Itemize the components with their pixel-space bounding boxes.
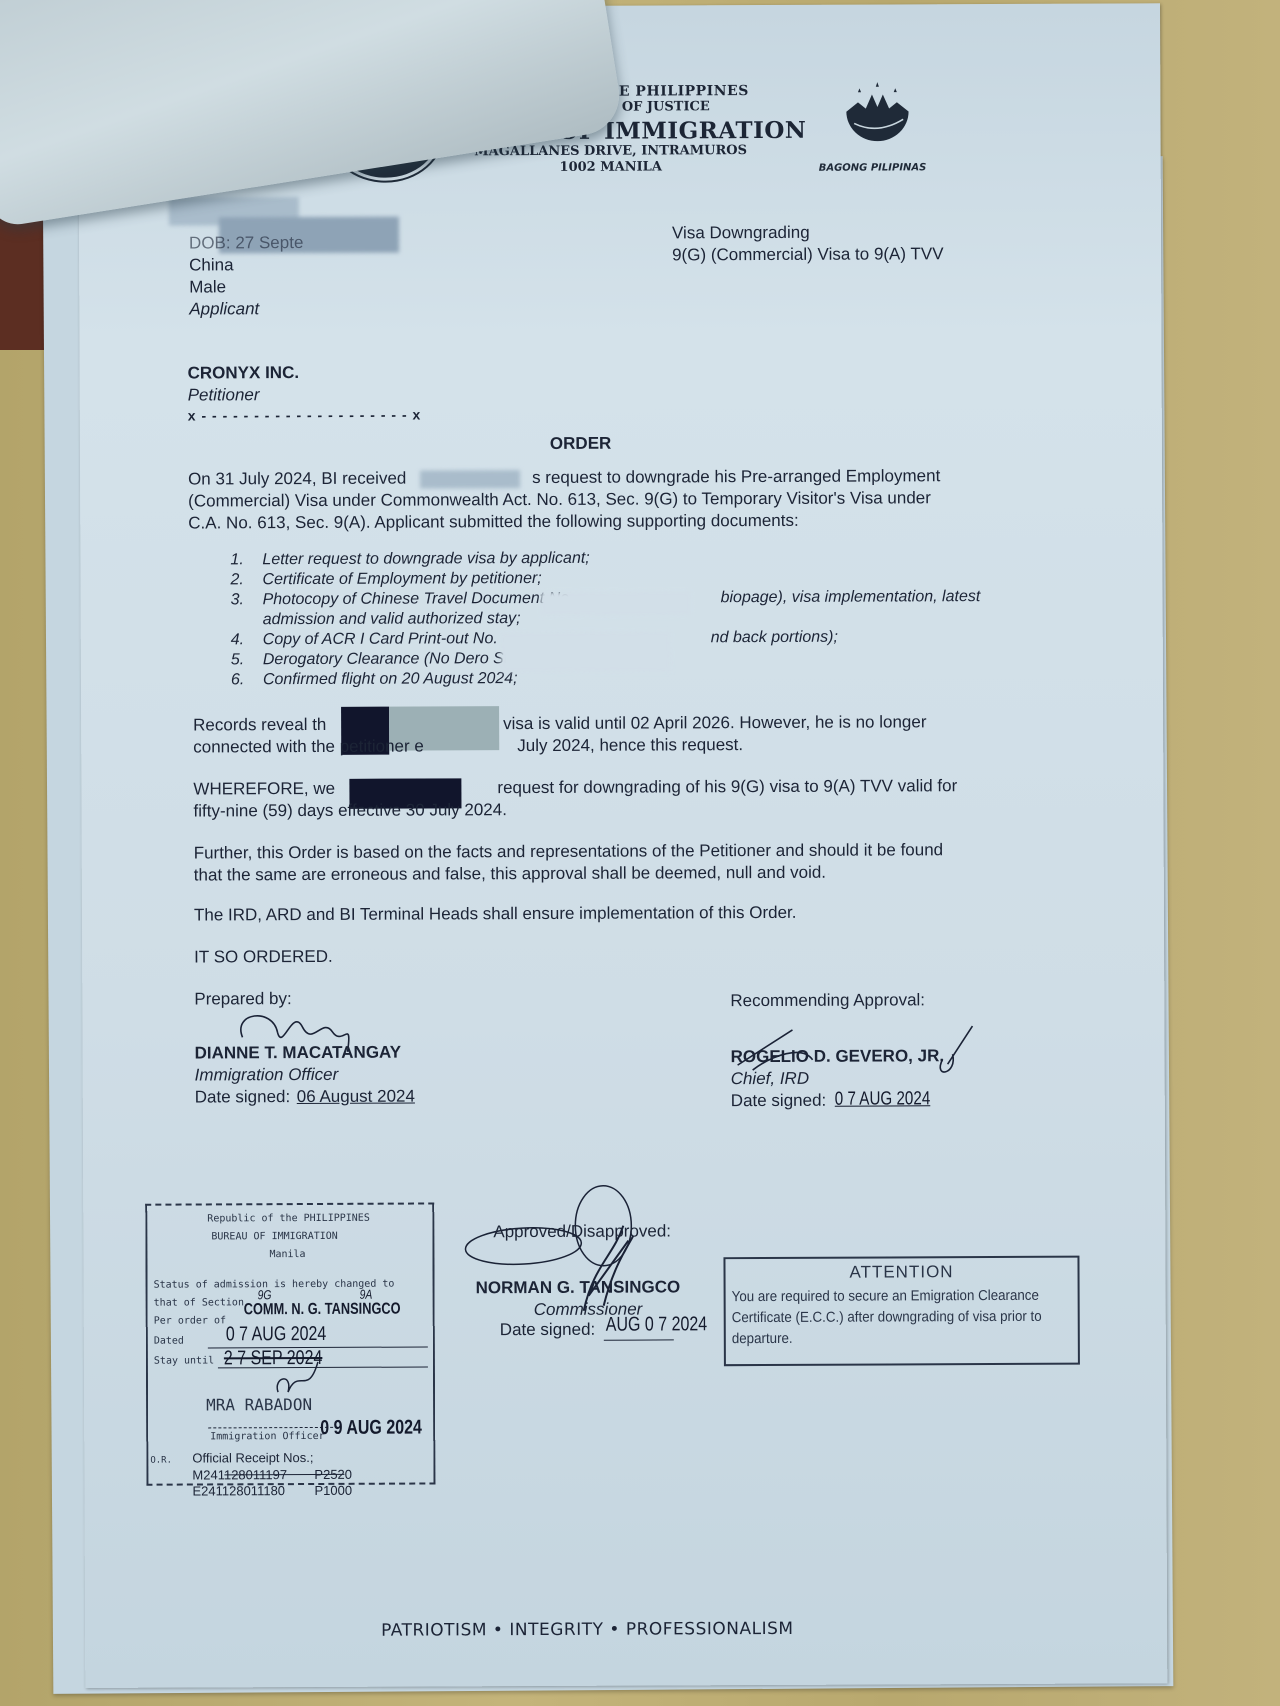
receipt-amount: P2520 bbox=[314, 1467, 352, 1482]
stamp-status-line2: that of Section bbox=[154, 1297, 244, 1308]
recommending-title: Chief, IRD bbox=[731, 1069, 810, 1089]
stamp-per-order: COMM. N. G. TANSINGCO bbox=[244, 1301, 401, 1320]
bagong-pilipinas-caption: BAGONG PILIPINAS bbox=[819, 162, 927, 173]
document-page: REPUBLIC OF THE PHILIPPINES DEPARTMENT O… bbox=[78, 3, 1167, 1688]
order-p2-line1-b: visa is valid until 02 April 2026. Howev… bbox=[503, 712, 926, 734]
petitioner-role: Petitioner bbox=[188, 385, 260, 405]
recommending-date-label: Date signed: bbox=[731, 1091, 827, 1111]
list-item: 1.Letter request to downgrade visa by ap… bbox=[230, 550, 589, 572]
subject-line2: 9(G) (Commercial) Visa to 9(A) TVV bbox=[672, 244, 944, 265]
order-title: ORDER bbox=[550, 434, 611, 454]
recommending-name: ROGELIO D. GEVERO, JR. bbox=[731, 1046, 945, 1067]
order-p2-line2-a: connected with the petitioner e bbox=[193, 736, 424, 757]
list-item: 6.Confirmed flight on 20 August 2024; bbox=[231, 670, 590, 692]
prepared-title: Immigration Officer bbox=[195, 1065, 339, 1086]
order-p1-line3: C.A. No. 613, Sec. 9(A). Applicant submi… bbox=[188, 511, 799, 534]
applicant-nationality: China bbox=[189, 255, 234, 275]
approval-date: AUG 0 7 2024 bbox=[606, 1313, 707, 1336]
redaction-blur bbox=[541, 591, 691, 616]
bagong-pilipinas-logo-icon bbox=[832, 80, 922, 150]
receipts-label: Official Receipt Nos.; bbox=[192, 1450, 313, 1466]
prepared-date: 06 August 2024 bbox=[297, 1087, 415, 1108]
subject-line1: Visa Downgrading bbox=[672, 223, 810, 244]
order-p2-line2-b: July 2024, hence this request. bbox=[517, 735, 743, 756]
order-p3-line2: fifty-nine (59) days effective 30 July 2… bbox=[193, 800, 507, 821]
recommending-label: Recommending Approval: bbox=[730, 990, 925, 1011]
order-p3-line1-a: WHEREFORE, we bbox=[193, 779, 335, 800]
order-p6: IT SO ORDERED. bbox=[194, 947, 333, 968]
stamp-section-to: 9A bbox=[360, 1287, 373, 1302]
stamp-header3: Manila bbox=[269, 1249, 305, 1260]
caption-separator: x - - - - - - - - - - - - - - - - - - - … bbox=[188, 407, 422, 424]
attention-title: ATTENTION bbox=[725, 1262, 1077, 1284]
order-p3-line1-b: request for downgrading of his 9(G) visa… bbox=[497, 776, 957, 798]
applicant-sex: Male bbox=[189, 277, 226, 297]
prepared-name: DIANNE T. MACATANGAY bbox=[195, 1043, 402, 1064]
applicant-dob: DOB: 27 Septe bbox=[189, 233, 303, 253]
order-p4-line2: that the same are erroneous and false, t… bbox=[194, 863, 826, 886]
redaction-blur bbox=[420, 470, 520, 488]
prepared-date-label: Date signed: bbox=[195, 1087, 291, 1107]
approval-label: Approved/Disapproved: bbox=[493, 1221, 671, 1242]
approval-date-label: Date signed: bbox=[500, 1320, 596, 1340]
order-p4-line1: Further, this Order is based on the fact… bbox=[194, 840, 943, 863]
stamp-dated: 0 7 AUG 2024 bbox=[226, 1323, 327, 1346]
stamp-dated-label: Dated bbox=[154, 1336, 184, 1347]
stamp-header1: Republic of the PHILIPPINES bbox=[207, 1213, 370, 1225]
letterhead-address2: 1002 MANILA bbox=[441, 159, 781, 175]
stamp-section-from: 9G bbox=[258, 1287, 272, 1302]
stamp-status-line1: Status of admission is hereby changed to bbox=[154, 1279, 395, 1291]
footer-motto: PATRIOTISM • INTEGRITY • PROFESSIONALISM bbox=[381, 1619, 794, 1641]
stamp-officer-label: Immigration Officer bbox=[210, 1431, 324, 1442]
order-p5: The IRD, ARD and BI Terminal Heads shall… bbox=[194, 903, 797, 926]
recommending-date: 0 7 AUG 2024 bbox=[835, 1088, 931, 1110]
receipt-amount: P1000 bbox=[314, 1483, 352, 1498]
receipt-no: E241128011180 bbox=[192, 1483, 285, 1498]
list-item: 2.Certificate of Employment by petitione… bbox=[230, 570, 589, 592]
or-label: O.R. bbox=[150, 1456, 172, 1466]
redaction-blur bbox=[501, 631, 671, 672]
attention-body: You are required to secure an Emigration… bbox=[732, 1286, 1045, 1350]
order-p1-line1-a: On 31 July 2024, BI received bbox=[188, 469, 406, 490]
list-item: 3.Photocopy of Chinese Travel Document N… bbox=[231, 590, 590, 612]
list-item: admission and valid authorized stay; bbox=[231, 610, 590, 632]
order-p2-line1-a: Records reveal th bbox=[193, 715, 326, 736]
order-p1-line1-b: s request to downgrade his Pre-arranged … bbox=[532, 466, 940, 488]
applicant-role: Applicant bbox=[189, 299, 259, 319]
order-p1-line2: (Commercial) Visa under Commonwealth Act… bbox=[188, 488, 931, 511]
status-change-stamp: Republic of the PHILIPPINES BUREAU OF IM… bbox=[145, 1202, 435, 1485]
approval-name: NORMAN G. TANSINGCO bbox=[476, 1277, 681, 1298]
petitioner-name: CRONYX INC. bbox=[188, 363, 300, 383]
stamp-officer-date: 0 9 AUG 2024 bbox=[320, 1417, 422, 1440]
stamp-header2: BUREAU OF IMMIGRATION bbox=[211, 1231, 337, 1243]
stamp-officer-name: MRA RABADON bbox=[206, 1395, 312, 1414]
attention-notice: ATTENTION You are required to secure an … bbox=[723, 1256, 1079, 1367]
stamp-stay-label: Stay until bbox=[154, 1355, 214, 1366]
stamp-per-order-label: Per order of bbox=[154, 1315, 226, 1326]
